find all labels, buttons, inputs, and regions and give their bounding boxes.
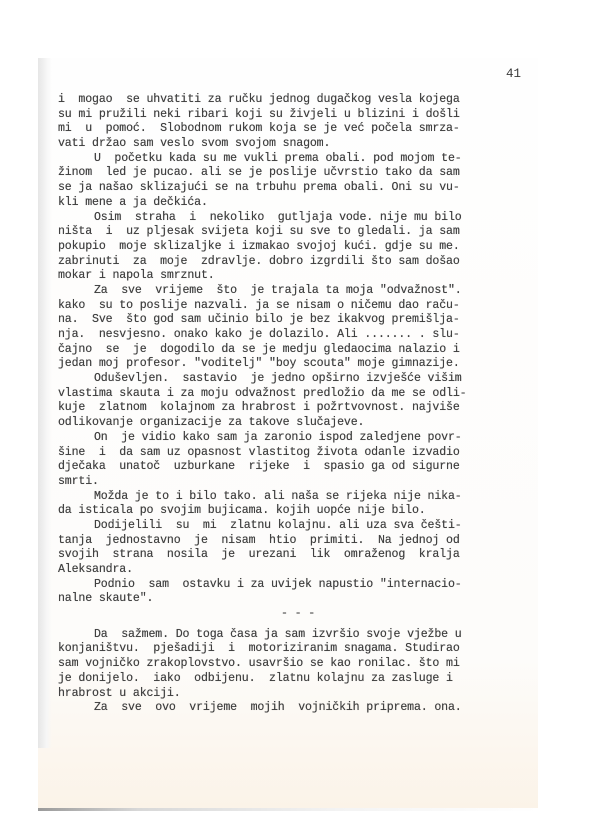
text-line: svojih strana nosila je urezani lik omra… — [58, 548, 538, 563]
paragraph: Za sve ovo vrijeme mojih vojničkih pripr… — [58, 701, 538, 716]
text-line: kuje zlatnom kolajnom za hrabrost i požr… — [58, 401, 538, 416]
text-line: jedan moj profesor. "voditelj" "boy scou… — [58, 357, 538, 372]
text-line: na. Sve što god sam učinio bilo je bez i… — [58, 313, 538, 328]
paragraph: Podnio sam ostavku i za uvijek napustio … — [58, 578, 538, 607]
text-line: odlikovanje organizacije za takove sluča… — [58, 416, 538, 431]
text-line: Dodijelili su mi zlatnu kolajnu. ali uza… — [58, 519, 538, 534]
text-line: hrabrost u akciji. — [58, 687, 538, 702]
text-line: da isticala po svojim bujicama. kojih uo… — [58, 504, 538, 519]
text-line: mi u pomoć. Slobodnom rukom koja se je v… — [58, 122, 538, 137]
text-line: mokar i napola smrznut. — [58, 269, 538, 284]
text-line: Za sve vrijeme što je trajala ta moja "o… — [58, 284, 538, 299]
text-line: vati držao sam veslo svom svojom snagom. — [58, 137, 538, 152]
text-line: konjaništvu. pješadiji i motoriziranim s… — [58, 642, 538, 657]
text-line: kako su to poslije nazvali. ja se nisam … — [58, 299, 538, 314]
page-text-body: i mogao se uhvatiti za ručku jednog duga… — [58, 93, 538, 716]
text-line: tanja jednostavno je nisam htio primiti.… — [58, 534, 538, 549]
text-line: dječaka unatoč uzburkane rijeke i spasio… — [58, 460, 538, 475]
text-line: se ja našao sklizajući se na trbuhu prem… — [58, 181, 538, 196]
paragraph: Da sažmem. Do toga časa ja sam izvršio s… — [58, 628, 538, 701]
text-line: ništa i uz pljesak svijeta koji su sve t… — [58, 225, 538, 240]
text-line: i mogao se uhvatiti za ručku jednog duga… — [58, 93, 538, 108]
paragraph: i mogao se uhvatiti za ručku jednog duga… — [58, 93, 538, 152]
text-line: su mi pružili neki ribari koji su živjel… — [58, 108, 538, 123]
text-line: čajno se je dogodilo da se je medju gled… — [58, 343, 538, 358]
paragraph: Možda je to i bilo tako. ali naša se rij… — [58, 490, 538, 519]
text-line: vlastima skauta i za moju odvažnost pred… — [58, 387, 538, 402]
text-line: šine i da sam uz opasnost vlastitog živo… — [58, 446, 538, 461]
text-line: Za sve ovo vrijeme mojih vojničkih pripr… — [58, 701, 538, 716]
text-line: je donijelo. iako odbijenu. zlatnu kolaj… — [58, 672, 538, 687]
text-line: Aleksandra. — [58, 563, 538, 578]
text-line: Podnio sam ostavku i za uvijek napustio … — [58, 578, 538, 593]
paragraph: Dodijelili su mi zlatnu kolajnu. ali uza… — [58, 519, 538, 578]
text-line: kli mene a ja dečkića. — [58, 196, 538, 211]
section-separator: - - - — [58, 607, 538, 622]
text-line: sam vojničko zrakoplovstvo. usavršio se … — [58, 657, 538, 672]
text-line: zabrinuti za moje zdravlje. dobro izgrdi… — [58, 255, 538, 270]
text-line: pokupio moje sklizaljke i izmakao svojoj… — [58, 240, 538, 255]
page-number: 41 — [506, 67, 521, 81]
page-bottom-edge — [38, 808, 538, 811]
text-line: nja. nesvjesno. onako kako je dolazilo. … — [58, 328, 538, 343]
text-line: Oduševljen. sastavio je jedno opširno iz… — [58, 372, 538, 387]
text-line: Da sažmem. Do toga časa ja sam izvršio s… — [58, 628, 538, 643]
text-line: smrti. — [58, 475, 538, 490]
text-line: U početku kada su me vukli prema obali. … — [58, 152, 538, 167]
text-line: Možda je to i bilo tako. ali naša se rij… — [58, 490, 538, 505]
paragraph: Za sve vrijeme što je trajala ta moja "o… — [58, 284, 538, 372]
paragraph: Osim straha i nekoliko gutljaja vode. ni… — [58, 211, 538, 284]
paragraph: On je vidio kako sam ja zaronio ispod za… — [58, 431, 538, 490]
paragraph: U početku kada su me vukli prema obali. … — [58, 152, 538, 211]
text-line: On je vidio kako sam ja zaronio ispod za… — [58, 431, 538, 446]
paragraph: Oduševljen. sastavio je jedno opširno iz… — [58, 372, 538, 431]
text-line: Osim straha i nekoliko gutljaja vode. ni… — [58, 211, 538, 226]
page-binding-shadow — [38, 58, 52, 748]
text-line: žinom led je pucao. ali se je poslije uč… — [58, 166, 538, 181]
text-line: nalne skaute". — [58, 592, 538, 607]
